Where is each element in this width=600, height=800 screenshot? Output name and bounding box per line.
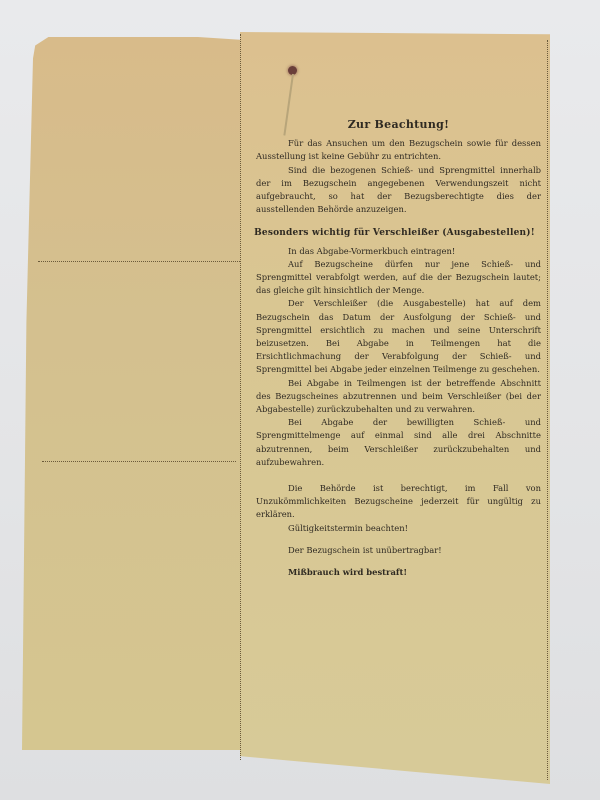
notice-title: Zur Beachtung! <box>256 118 541 131</box>
dealer-paragraph-2: Auf Bezugscheine dürfen nur jene Schieß-… <box>256 258 541 298</box>
right-edge-perforation <box>547 40 548 780</box>
coupon-stub-column <box>22 37 242 750</box>
dealer-paragraph-1: In das Abgabe-Vormerkbuch eintragen! <box>256 245 541 258</box>
dealer-paragraph-3: Der Verschleißer (die Ausgabestelle) hat… <box>256 297 541 376</box>
authority-paragraph: Die Behörde ist berechtigt, im Fall von … <box>256 482 541 522</box>
coupon-perforation-1 <box>38 261 240 262</box>
dealer-paragraph-4: Bei Abgabe in Teilmengen ist der betreff… <box>256 377 541 417</box>
misuse-warning: Mißbrauch wird bestraft! <box>256 566 541 579</box>
intro-paragraph-2: Sind die bezogenen Schieß- und Sprengmit… <box>256 164 541 217</box>
dealer-section-title: Besonders wichtig für Verschleißer (Ausg… <box>248 227 541 240</box>
notice-text: Zur Beachtung! Für das Ansuchen um den B… <box>256 118 541 579</box>
vertical-perforation-line <box>240 34 241 760</box>
dealer-paragraph-5: Bei Abgabe der bewilligten Schieß- und S… <box>256 416 541 469</box>
coupon-perforation-2 <box>42 461 236 462</box>
non-transferable-text: Der Bezugschein ist unübertragbar! <box>288 545 442 555</box>
validity-note: Gültigkeitstermin beachten! <box>256 522 541 535</box>
non-transferable-note: Der Bezugschein ist unübertragbar! <box>256 544 541 557</box>
intro-paragraph-1: Für das Ansuchen um den Bezugschein sowi… <box>256 137 541 163</box>
